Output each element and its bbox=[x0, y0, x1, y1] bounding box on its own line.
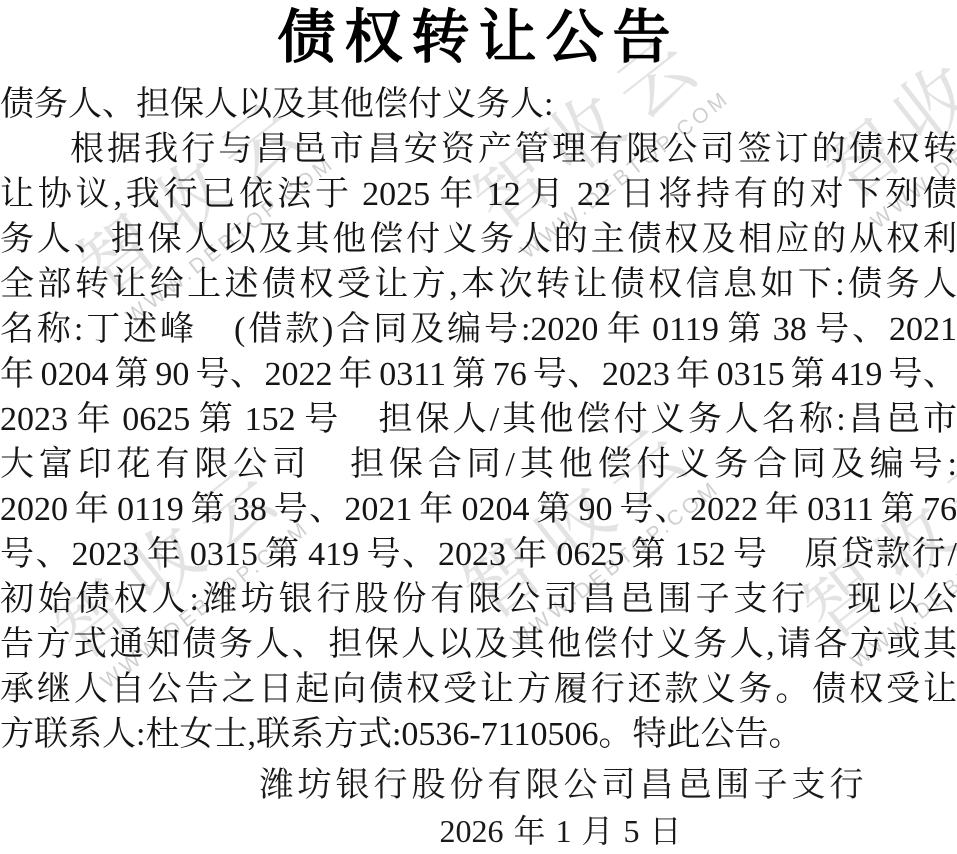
body-line: 号、2023 年 0315 第 419 号、2023 年 0625 第 152 … bbox=[0, 532, 957, 577]
announcement-content: 债权转让公告 债务人、担保人以及其他偿付义务人: 根据我行与昌邑市昌安资产管理有… bbox=[0, 0, 957, 851]
body-line: 全部转让给上述债权受让方,本次转让债权信息如下:债务人 bbox=[0, 262, 957, 307]
page-title: 债权转让公告 bbox=[0, 0, 957, 74]
body-line: 告方式通知债务人、担保人以及其他偿付义务人,请各方或其 bbox=[0, 622, 957, 667]
body-line: 名称:丁述峰 (借款)合同及编号:2020 年 0119 第 38 号、2021 bbox=[0, 307, 957, 352]
announcement-body: 根据我行与昌邑市昌安资产管理有限公司签订的债权转 让协议,我行已依法于 2025… bbox=[0, 127, 957, 757]
body-line: 让协议,我行已依法于 2025 年 12 月 22 日将持有的对下列债 bbox=[0, 172, 957, 217]
body-line: 2020 年 0119 第 38 号、2021 年 0204 第 90 号、20… bbox=[0, 487, 957, 532]
date-line: 2026 年 1 月 5 日 bbox=[82, 811, 957, 851]
body-line: 方联系人:杜女士,联系方式:0536-7110506。特此公告。 bbox=[0, 712, 957, 757]
body-line: 根据我行与昌邑市昌安资产管理有限公司签订的债权转 bbox=[0, 127, 957, 172]
signature-line: 潍坊银行股份有限公司昌邑围子支行 bbox=[85, 765, 957, 807]
announcement-page: 智收云 WWW.DEBTOP.COM 智收云 WWW.DEBTOP.COM 智收… bbox=[0, 0, 957, 854]
body-line: 年 0204 第 90 号、2022 年 0311 第 76 号、2023 年 … bbox=[0, 352, 957, 397]
body-line: 2023 年 0625 第 152 号 担保人/其他偿付义务人名称:昌邑市 bbox=[0, 397, 957, 442]
body-line: 大富印花有限公司 担保合同/其他偿付义务合同及编号: bbox=[0, 442, 957, 487]
body-line: 承继人自公告之日起向债权受让方履行还款义务。债权受让 bbox=[0, 667, 957, 712]
body-line: 初始债权人:潍坊银行股份有限公司昌邑围子支行 现以公 bbox=[0, 577, 957, 622]
salutation-line: 债务人、担保人以及其他偿付义务人: bbox=[0, 82, 957, 127]
body-line: 务人、担保人以及其他偿付义务人的主债权及相应的从权利 bbox=[0, 217, 957, 262]
